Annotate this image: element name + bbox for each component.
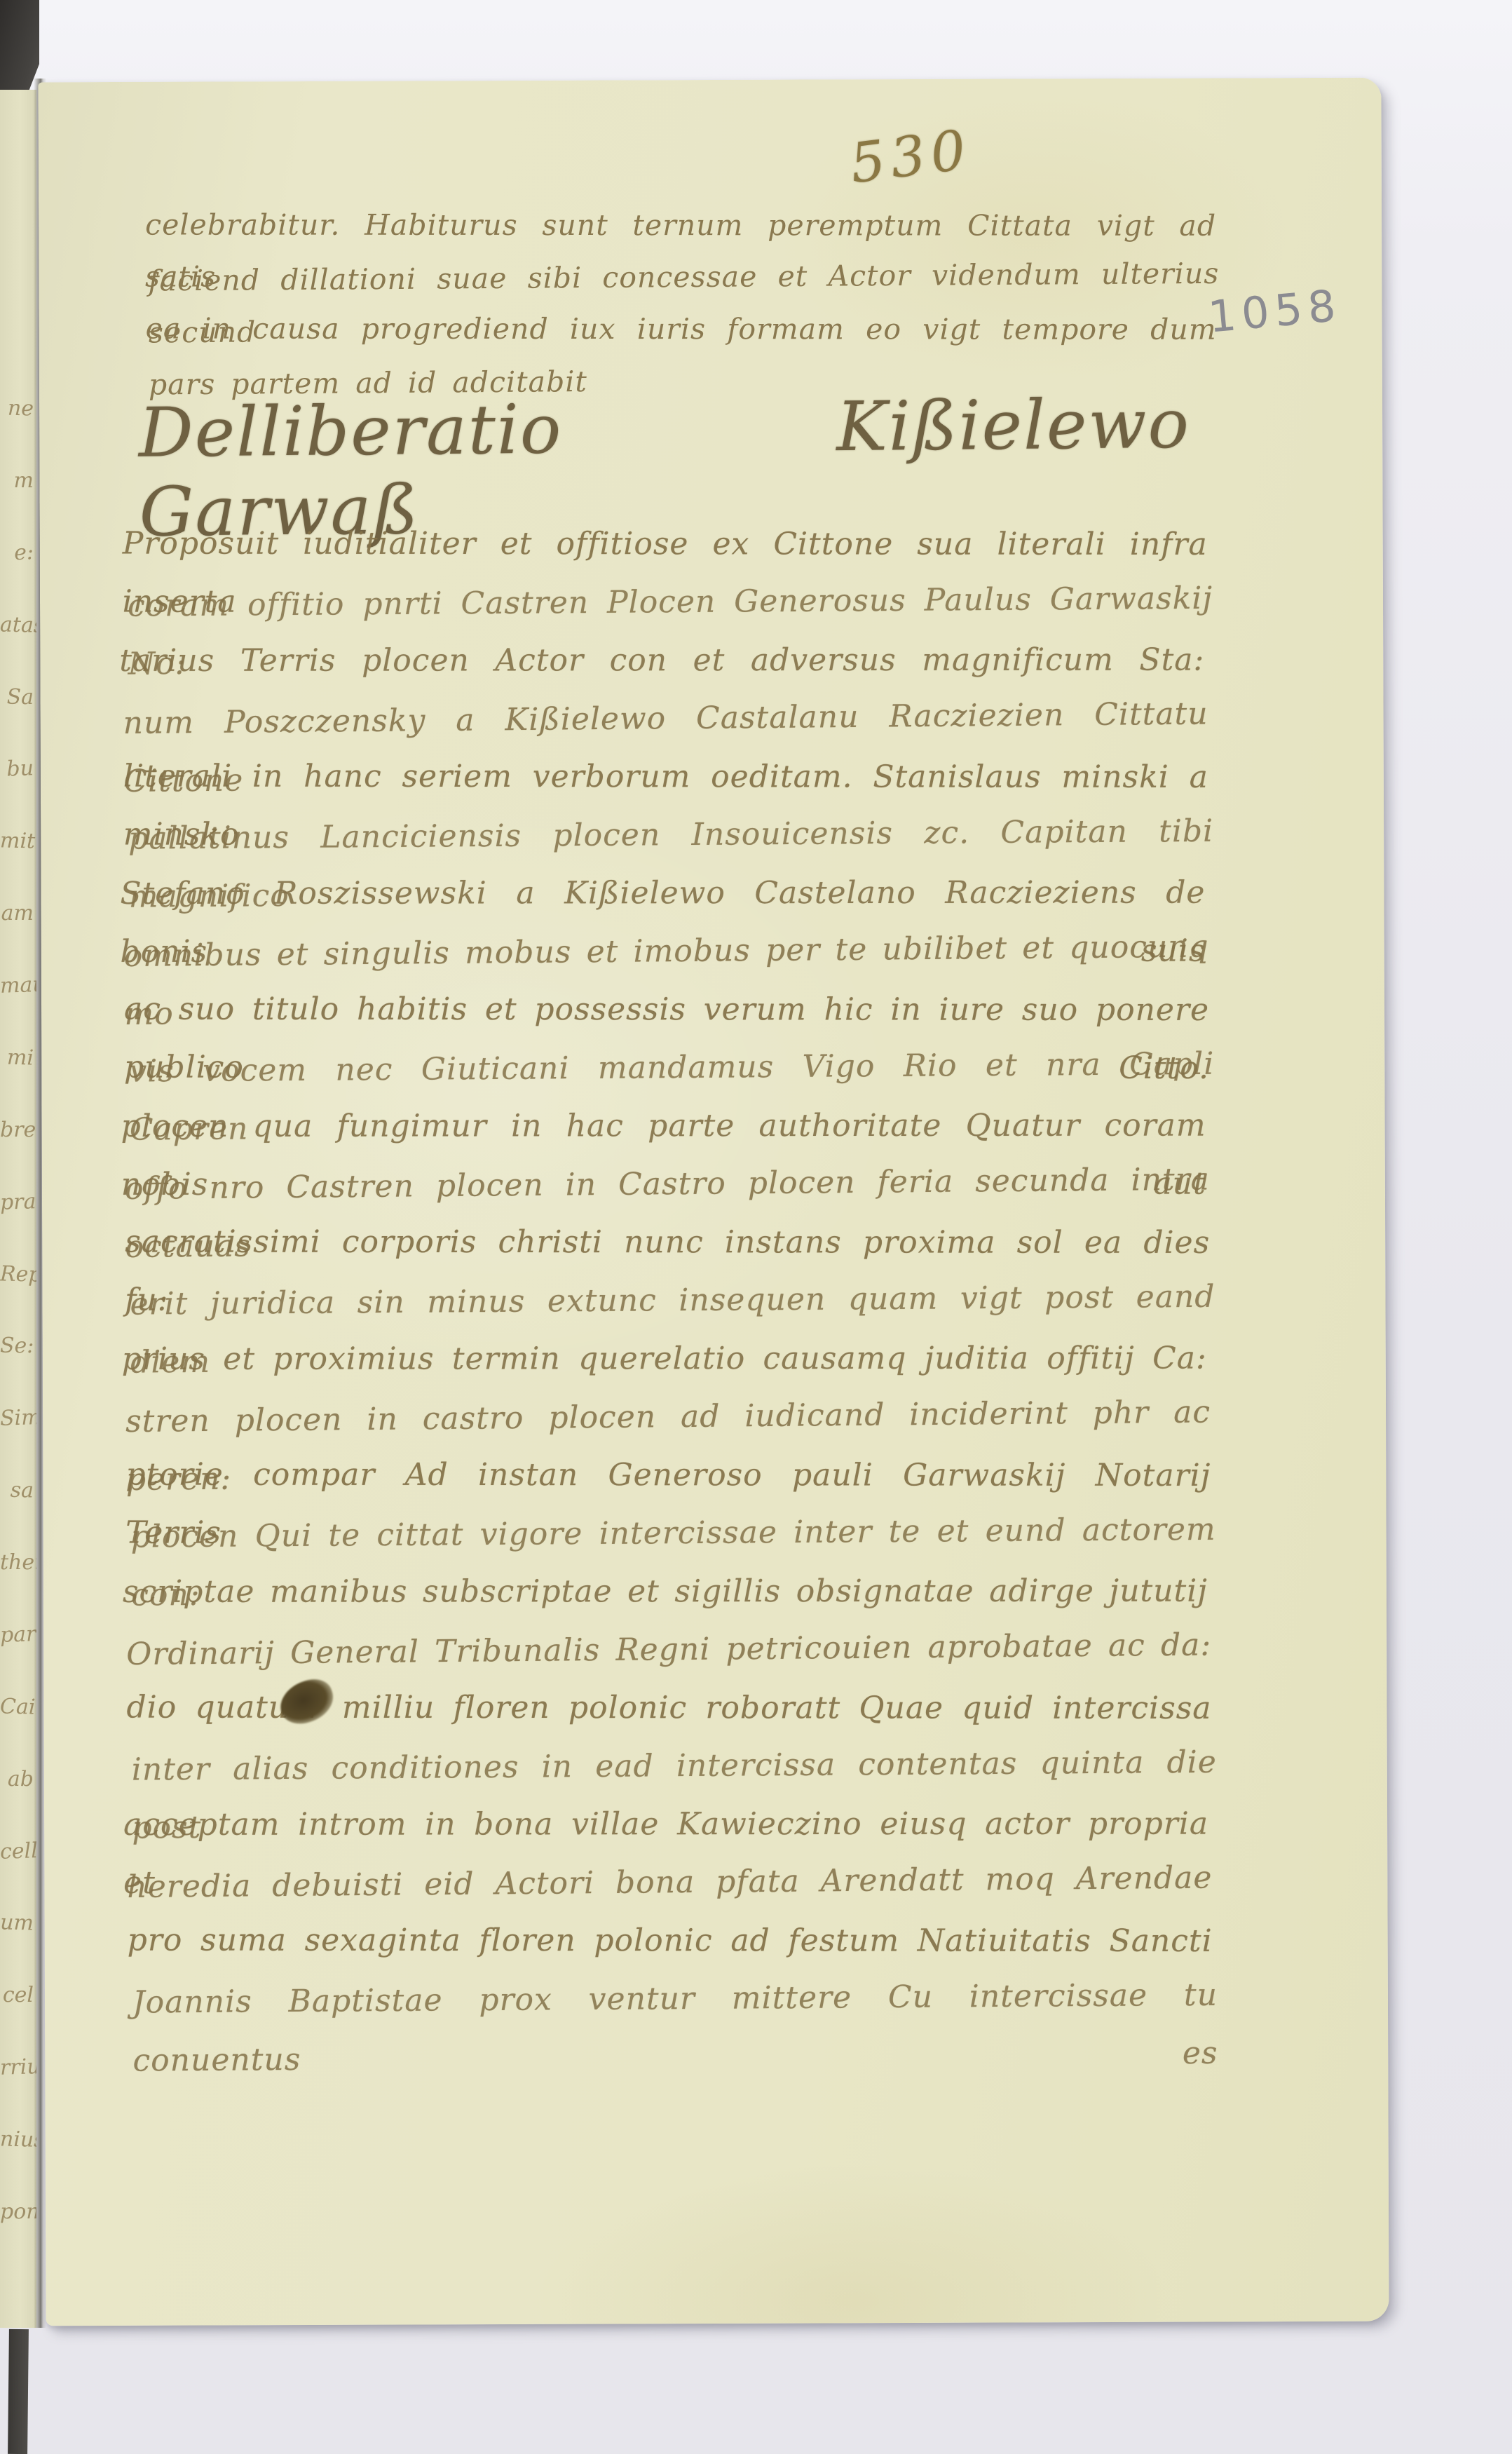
handwritten-line: plocen qua fungimur in hac parte authori…	[121, 1097, 1206, 1155]
handwritten-line: Joannis Baptistae prox ventur mittere Cu…	[132, 1966, 1218, 2032]
handwritten-line: pro suma sexaginta floren polonic ad fes…	[128, 1911, 1213, 1970]
handwritten-line: Proposuit iuditialiter et offitiose ex C…	[123, 515, 1208, 574]
margin-fragment: Repr:	[0, 1263, 36, 1285]
margin-fragment: um	[0, 1913, 36, 1934]
handwritten-line: prius et proximius termin querelatio cau…	[122, 1329, 1207, 1388]
binding-edge-bottom	[8, 2329, 29, 2454]
handwritten-line: literali in hanc seriem verborum oeditam…	[123, 747, 1208, 806]
opening-paragraph: celebrabitur. Habiturus sunt ternum pere…	[145, 197, 1217, 408]
handwritten-line: coram offitio pnrti Castren Plocen Gener…	[128, 569, 1213, 635]
margin-fragment: m	[0, 470, 36, 492]
margin-fragment: ab	[0, 1769, 36, 1790]
margin-fragment: atas	[0, 614, 36, 636]
manuscript-page: 530 1058 celebrabitur. Habiturus sunt te…	[38, 78, 1389, 2326]
facing-page-edge: neme:atasSabumitammaumibrepra:Repr:Se:Si…	[0, 90, 36, 2328]
margin-fragment: bu	[0, 758, 36, 780]
handwritten-line: tarius Terris plocen Actor con et advers…	[119, 631, 1204, 690]
margin-fragment: mau	[0, 975, 36, 997]
margin-fragment: ne	[0, 398, 36, 419]
handwritten-line: plocen Qui te cittat vigore intercissae …	[130, 1500, 1216, 1566]
handwritten-line: sacratissimi corporis christi nunc insta…	[125, 1213, 1210, 1272]
margin-fragment: pra:	[0, 1191, 36, 1214]
handwritten-line: ea in causa progrediend iux iuris formam…	[146, 302, 1217, 355]
handwritten-line: num Poszczensky a Kißielewo Castalanu Ra…	[123, 684, 1208, 752]
handwritten-line: ac suo titulo habitis et possessis verum…	[124, 980, 1209, 1039]
handwritten-line: Ordinarij General Tribunalis Regni petri…	[126, 1615, 1212, 1683]
handwritten-line: pallatinus Lanciciensis plocen Insouicen…	[128, 802, 1214, 868]
margin-fragment: thend	[0, 1552, 36, 1573]
margin-fragment: am	[0, 903, 36, 924]
margin-fragment: cel	[0, 1985, 36, 2006]
handwritten-line: inter alias conditiones in ead interciss…	[132, 1733, 1218, 1799]
margin-fragment: pon	[0, 2202, 36, 2223]
handwritten-line: celebrabitur. Habiturus sunt ternum pere…	[145, 198, 1216, 251]
handwritten-line: scriptae manibus subscriptae et sigillis…	[123, 1562, 1208, 1621]
margin-fragment: bre	[0, 1120, 36, 1141]
handwritten-line: faciend dillationi suae sibi concessae e…	[148, 248, 1219, 307]
page-number: 530	[847, 118, 975, 196]
margin-fragment: Cai	[0, 1696, 36, 1718]
margin-fragment: mit	[0, 831, 36, 853]
handwritten-line: Stefano Roszissewski a Kißielewo Castela…	[120, 864, 1205, 923]
handwritten-line: erit juridica sin minus extunc insequen …	[130, 1268, 1215, 1334]
margin-fragment: Sa	[0, 687, 36, 708]
handwritten-line: vis vocem nec Giuticani mandamus Vigo Ri…	[129, 1035, 1215, 1101]
handwritten-line: omnibus et singulis mobus et imobus per …	[123, 917, 1209, 985]
margin-fragment: pares	[0, 1624, 36, 1646]
margin-fragment: sa	[0, 1479, 36, 1501]
margin-fragment: Se:	[0, 1336, 36, 1357]
margin-fragment: e:	[0, 542, 36, 564]
entry-body: Proposuit iuditialiter et offitiose ex C…	[123, 513, 1213, 2030]
handwritten-line: ptorie compar Ad instan Generoso pauli G…	[125, 1446, 1211, 1505]
margin-fragment: nius	[0, 2129, 36, 2150]
handwritten-line: offo nro Castren plocen in Castro plocen…	[125, 1150, 1211, 1218]
margin-fragment: Simili	[0, 1407, 36, 1430]
handwritten-line: heredia debuisti eid Actori bona pfata A…	[127, 1848, 1213, 1916]
margin-fragment: cellom	[0, 1840, 36, 1863]
scan-background: { "manuscript": { "page_number": "530", …	[0, 0, 1512, 2454]
handwritten-line: stren plocen in castro plocen ad iudican…	[125, 1383, 1211, 1451]
foliation-number: 1058	[1206, 280, 1344, 343]
margin-fragment: rriu	[0, 2056, 36, 2079]
handwritten-line: acceptam introm in bona villae Kawieczin…	[123, 1795, 1208, 1854]
margin-fragment: mi	[0, 1047, 36, 1069]
